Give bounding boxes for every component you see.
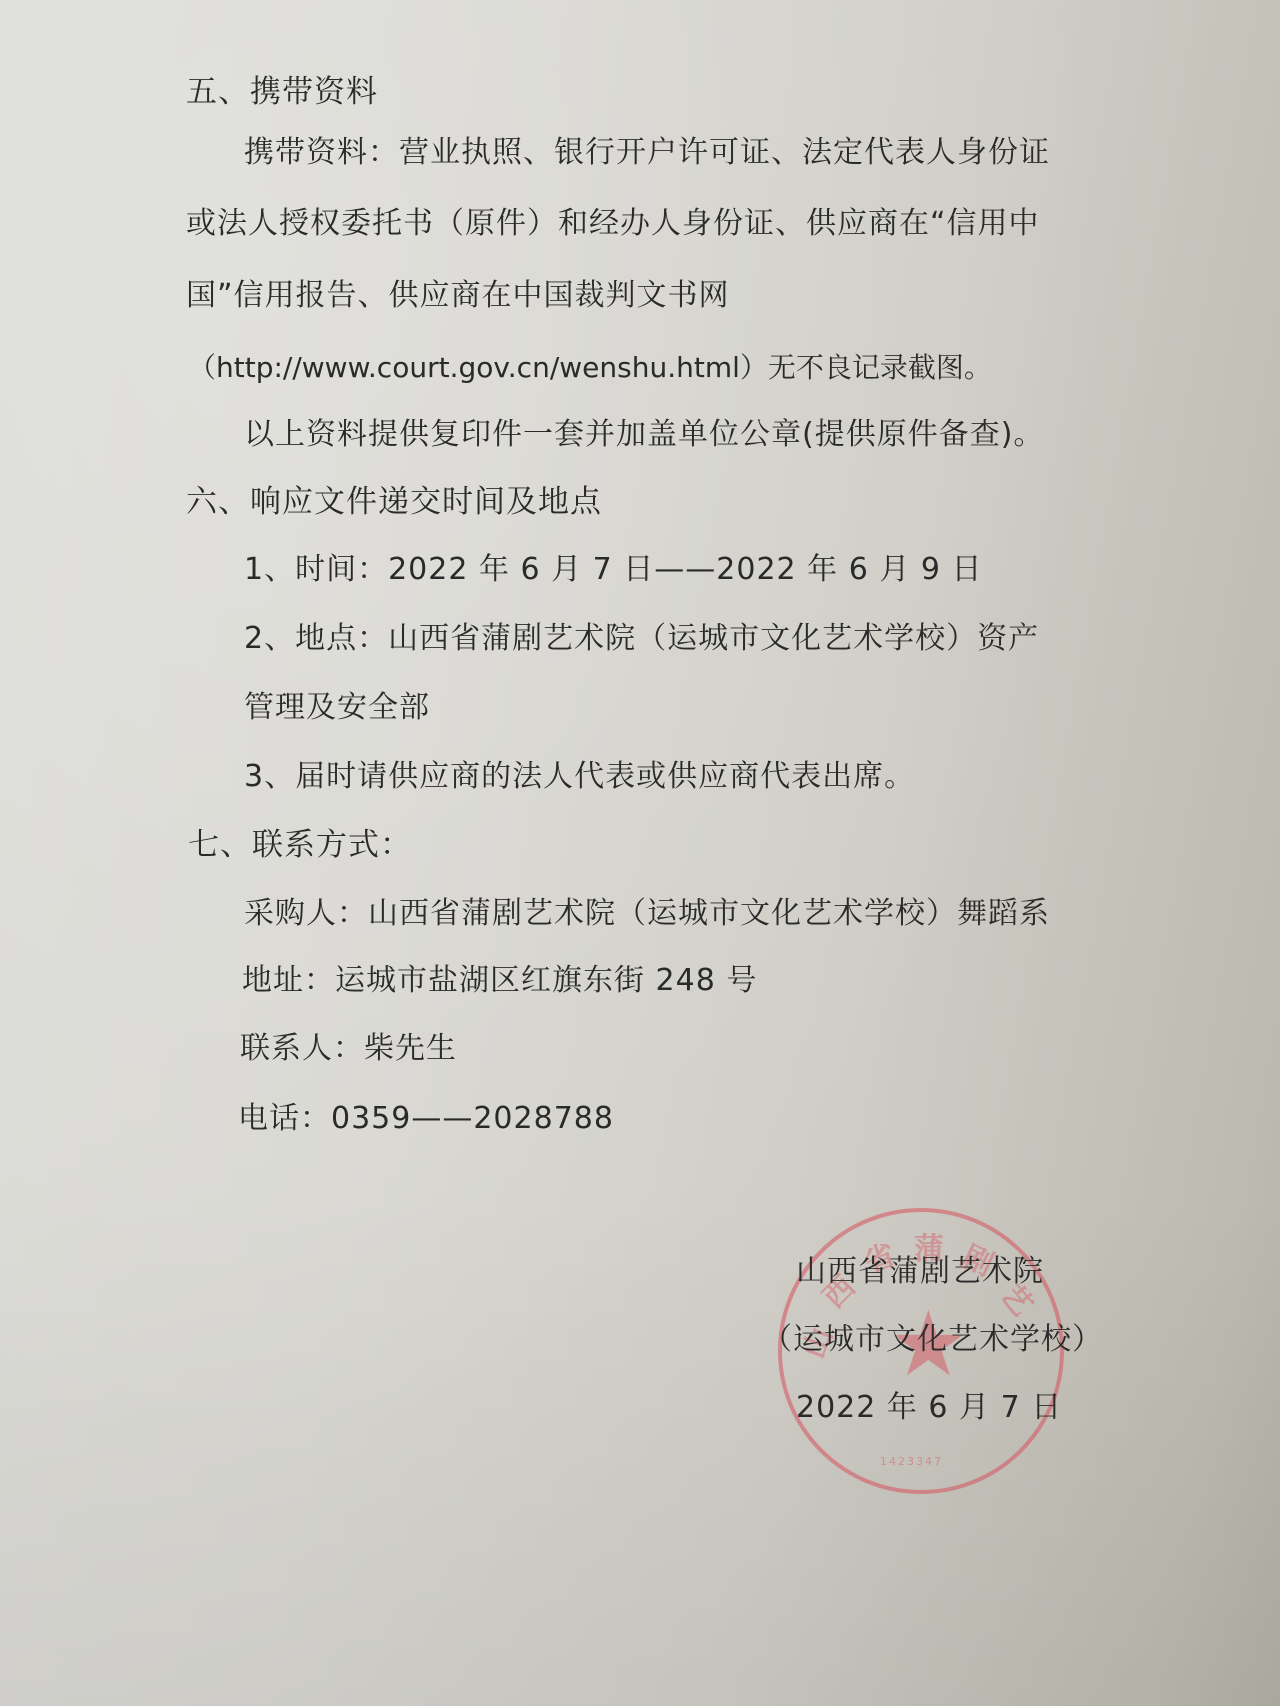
seal-code: 1423347 bbox=[880, 1455, 943, 1468]
section5-line-3: 国”信用报告、供应商在中国裁判文书网 bbox=[186, 278, 730, 314]
section7-heading: 七、联系方式： bbox=[188, 827, 412, 863]
section6-heading: 六、响应文件递交时间及地点 bbox=[186, 484, 602, 520]
contact-person: 联系人：柴先生 bbox=[240, 1031, 457, 1067]
section5-line-2: 或法人授权委托书（原件）和经办人身份证、供应商在“信用中 bbox=[186, 206, 1040, 242]
contact-address: 地址：运城市盐湖区红旗东街 248 号 bbox=[242, 963, 757, 999]
section5-heading: 五、携带资料 bbox=[186, 74, 378, 110]
signature-org-name: 山西省蒲剧艺术院 bbox=[796, 1254, 1044, 1290]
section6-place-cont: 管理及安全部 bbox=[244, 690, 430, 726]
contact-purchaser: 采购人：山西省蒲剧艺术院（运城市文化艺术学校）舞蹈系 bbox=[244, 896, 1050, 932]
section6-time: 1、时间：2022 年 6 月 7 日——2022 年 6 月 9 日 bbox=[244, 552, 983, 588]
signature-org-alias: （运城市文化艺术学校） bbox=[762, 1322, 1103, 1358]
section5-line-5: 以上资料提供复印件一套并加盖单位公章(提供原件备查)。 bbox=[244, 417, 1044, 453]
section5-url-line: （http://www.court.gov.cn/wenshu.html）无不良… bbox=[188, 350, 992, 386]
signature-date: 2022 年 6 月 7 日 bbox=[796, 1390, 1062, 1426]
section5-line-1: 携带资料：营业执照、银行开户许可证、法定代表人身份证 bbox=[244, 135, 1050, 171]
contact-phone: 电话：0359——2028788 bbox=[238, 1101, 614, 1137]
section6-place: 2、地点：山西省蒲剧艺术院（运城市文化艺术学校）资产 bbox=[244, 621, 1039, 657]
section6-attendance: 3、届时请供应商的法人代表或供应商代表出席。 bbox=[244, 759, 915, 795]
